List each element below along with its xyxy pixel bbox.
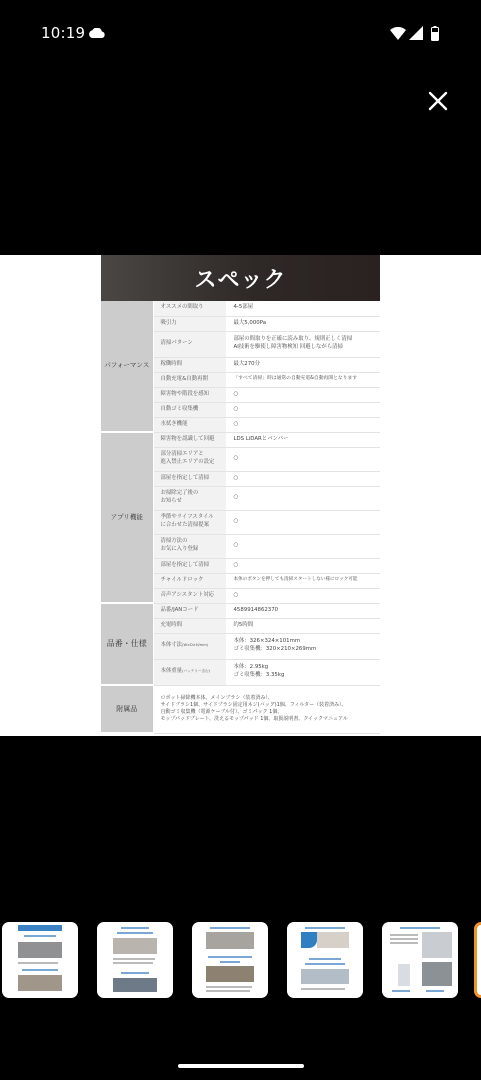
spec-sheet-image: スペック パフォーマンス オススメの間取り 4-5部屋 吸引力 最大5,000P… bbox=[101, 255, 380, 736]
row-value: 最大270分 bbox=[226, 357, 380, 372]
cloud-icon bbox=[88, 28, 106, 38]
row-label: チャイルドロック bbox=[153, 573, 226, 588]
thumbnail-4[interactable] bbox=[287, 922, 363, 998]
row-label: 品番/JANコード bbox=[153, 603, 226, 618]
spec-header: スペック bbox=[101, 255, 380, 301]
label-note: (W×D×H/mm) bbox=[182, 643, 208, 647]
row-label: 本体寸法(W×D×H/mm) bbox=[153, 633, 226, 659]
row-value: 「すべて清掃」時は通常の自動充電&自動再開となります bbox=[226, 372, 380, 387]
row-value: 約5時間 bbox=[226, 618, 380, 633]
row-value: ○ bbox=[226, 558, 380, 573]
row-label: 障害物や階段を感知 bbox=[153, 387, 226, 402]
category-product-specs: 品番・仕様 bbox=[101, 603, 153, 685]
row-value: ○ bbox=[226, 387, 380, 402]
row-value: 部屋の間取りを正確に読み取り、規則正しく清掃 AI技術を駆使し障害物検知 回避し… bbox=[226, 331, 380, 357]
row-label: 部屋を指定して清掃 bbox=[153, 558, 226, 573]
row-value: ○ bbox=[226, 471, 380, 486]
row-label: 音声アシスタント対応 bbox=[153, 588, 226, 603]
row-value: ○ bbox=[226, 534, 380, 558]
row-value: LDS LiDARとバンパー bbox=[226, 432, 380, 447]
row-value: 4-5部屋 bbox=[226, 301, 380, 316]
label-text: 本体重量 bbox=[161, 668, 183, 674]
row-value: 本体のボタンを押しても清掃スタートしない様にロック可能 bbox=[226, 573, 380, 588]
row-label: 自動充電&自動再開 bbox=[153, 372, 226, 387]
row-value: ○ bbox=[226, 486, 380, 510]
row-value: 最大5,000Pa bbox=[226, 316, 380, 331]
wifi-icon bbox=[390, 27, 406, 40]
row-label: 季節やライフスタイル に合わせた清掃提案 bbox=[153, 510, 226, 534]
row-value: ○ bbox=[226, 588, 380, 603]
row-label: 清掃パターン bbox=[153, 331, 226, 357]
thumbnail-2[interactable] bbox=[97, 922, 173, 998]
status-bar: 10:19 bbox=[0, 0, 481, 68]
row-value: 4589914862370 bbox=[226, 603, 380, 618]
battery-icon bbox=[431, 26, 439, 41]
spec-title: スペック bbox=[194, 263, 286, 294]
thumbnail-6-selected[interactable] bbox=[474, 922, 481, 998]
image-viewer[interactable]: スペック パフォーマンス オススメの間取り 4-5部屋 吸引力 最大5,000P… bbox=[0, 255, 481, 736]
row-value: ○ bbox=[226, 402, 380, 417]
spec-table: パフォーマンス オススメの間取り 4-5部屋 吸引力 最大5,000Pa 清掃パ… bbox=[101, 301, 380, 734]
table-row: パフォーマンス オススメの間取り 4-5部屋 bbox=[101, 301, 380, 316]
thumbnail-5[interactable] bbox=[382, 922, 458, 998]
close-button[interactable] bbox=[423, 86, 453, 116]
row-label: 水拭き機能 bbox=[153, 417, 226, 432]
gesture-nav-handle[interactable] bbox=[178, 1064, 304, 1068]
row-label: お掃除完了後の お知らせ bbox=[153, 486, 226, 510]
thumbnail-3[interactable] bbox=[192, 922, 268, 998]
label-note: (バッテリー含む) bbox=[182, 669, 210, 673]
row-value: ○ bbox=[226, 510, 380, 534]
accessories-value: ロボット掃除機本体、メインブラシ（装着済み）、 サイドブラシ1個、サイドブラシ固… bbox=[153, 685, 380, 733]
thumbnail-strip[interactable] bbox=[0, 922, 481, 998]
table-row: 附属品 ロボット掃除機本体、メインブラシ（装着済み）、 サイドブラシ1個、サイド… bbox=[101, 685, 380, 733]
row-label: 自動ゴミ収集機 bbox=[153, 402, 226, 417]
row-label: 障害物を認識して回避 bbox=[153, 432, 226, 447]
category-accessories: 附属品 bbox=[101, 685, 153, 733]
status-time: 10:19 bbox=[41, 24, 85, 42]
row-label: 清掃方法の お気に入り登録 bbox=[153, 534, 226, 558]
row-label: 稼働時間 bbox=[153, 357, 226, 372]
category-performance: パフォーマンス bbox=[101, 301, 153, 432]
close-icon bbox=[423, 86, 453, 116]
row-value: 本体：326×324×101mm ゴミ収集機：320×210×269mm bbox=[226, 633, 380, 659]
label-text: 本体寸法 bbox=[161, 642, 183, 648]
table-row: 品番・仕様 品番/JANコード 4589914862370 bbox=[101, 603, 380, 618]
row-value: ○ bbox=[226, 447, 380, 471]
row-label: オススメの間取り bbox=[153, 301, 226, 316]
thumbnail-1[interactable] bbox=[2, 922, 78, 998]
row-label: 吸引力 bbox=[153, 316, 226, 331]
row-label: 本体重量(バッテリー含む) bbox=[153, 659, 226, 685]
row-value: ○ bbox=[226, 417, 380, 432]
row-label: 部屋を指定して清掃 bbox=[153, 471, 226, 486]
table-row: アプリ機能 障害物を認識して回避 LDS LiDARとバンパー bbox=[101, 432, 380, 447]
row-value: 本体：2.95kg ゴミ収集機：3.35kg bbox=[226, 659, 380, 685]
category-app-features: アプリ機能 bbox=[101, 432, 153, 603]
row-label: 部分清掃エリアと 進入禁止エリアの設定 bbox=[153, 447, 226, 471]
row-label: 充電時間 bbox=[153, 618, 226, 633]
signal-icon bbox=[409, 26, 423, 40]
